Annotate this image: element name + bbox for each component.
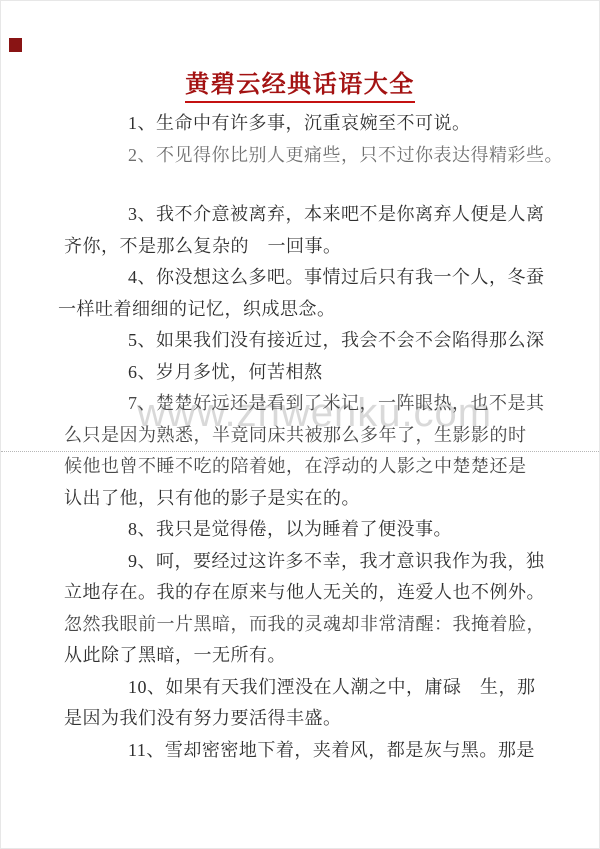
- text-line: 4、你没想这么多吧。事情过后只有我一个人，冬蚕: [64, 262, 541, 294]
- text-line: 11、雪却密密地下着，夹着风，都是灰与黑。那是: [64, 735, 541, 767]
- text-line: 一样吐着细细的记忆，织成思念。: [58, 294, 541, 326]
- text-line: 8、我只是觉得倦，以为睡着了便没事。: [64, 514, 541, 546]
- text-line: 7、楚楚好远还是看到了米记，一阵眼热，也不是其: [64, 388, 541, 420]
- text-line: 齐你，不是那么复杂的 一回事。: [64, 231, 541, 263]
- document-page: www.zhwenku.com 黄碧云经典话语大全 1、生命中有许多事，沉重哀婉…: [0, 0, 600, 849]
- gap-spacer: [64, 171, 541, 199]
- text-line: 3、我不介意被离弃，本来吧不是你离弃人便是人离: [64, 199, 541, 231]
- text-line: 1、生命中有许多事，沉重哀婉至不可说。: [64, 108, 541, 140]
- corner-mark: [9, 38, 22, 52]
- text-line: 是因为我们没有努力要活得丰盛。: [64, 703, 541, 735]
- text-line: 忽然我眼前一片黑暗，而我的灵魂却非常清醒：我掩着脸，: [64, 609, 541, 641]
- title-container: 黄碧云经典话语大全: [1, 72, 599, 103]
- text-line: 认出了他，只有他的影子是实在的。: [64, 483, 541, 515]
- body-text: 1、生命中有许多事，沉重哀婉至不可说。2、不见得你比别人更痛些，只不过你表达得精…: [64, 108, 541, 766]
- text-line: 9、呵，要经过这许多不幸，我才意识我作为我，独: [64, 546, 541, 578]
- page-title: 黄碧云经典话语大全: [185, 72, 415, 103]
- text-line: 5、如果我们没有接近过，我会不会不会陷得那么深: [64, 325, 541, 357]
- text-line: 么只是因为熟悉，半竟同床共被那么多年了，生影影的时: [64, 420, 541, 452]
- text-line: 10、如果有天我们湮没在人潮之中，庸碌 生，那: [64, 672, 541, 704]
- text-line: 立地存在。我的存在原来与他人无关的，连爱人也不例外。: [64, 577, 541, 609]
- text-line: 2、不见得你比别人更痛些，只不过你表达得精彩些。: [64, 140, 541, 172]
- text-line: 从此除了黑暗，一无所有。: [64, 640, 541, 672]
- text-line: 6、岁月多忧，何苦相熬: [64, 357, 541, 389]
- text-line: 候他也曾不睡不吃的陪着她，在浮动的人影之中楚楚还是: [64, 451, 541, 483]
